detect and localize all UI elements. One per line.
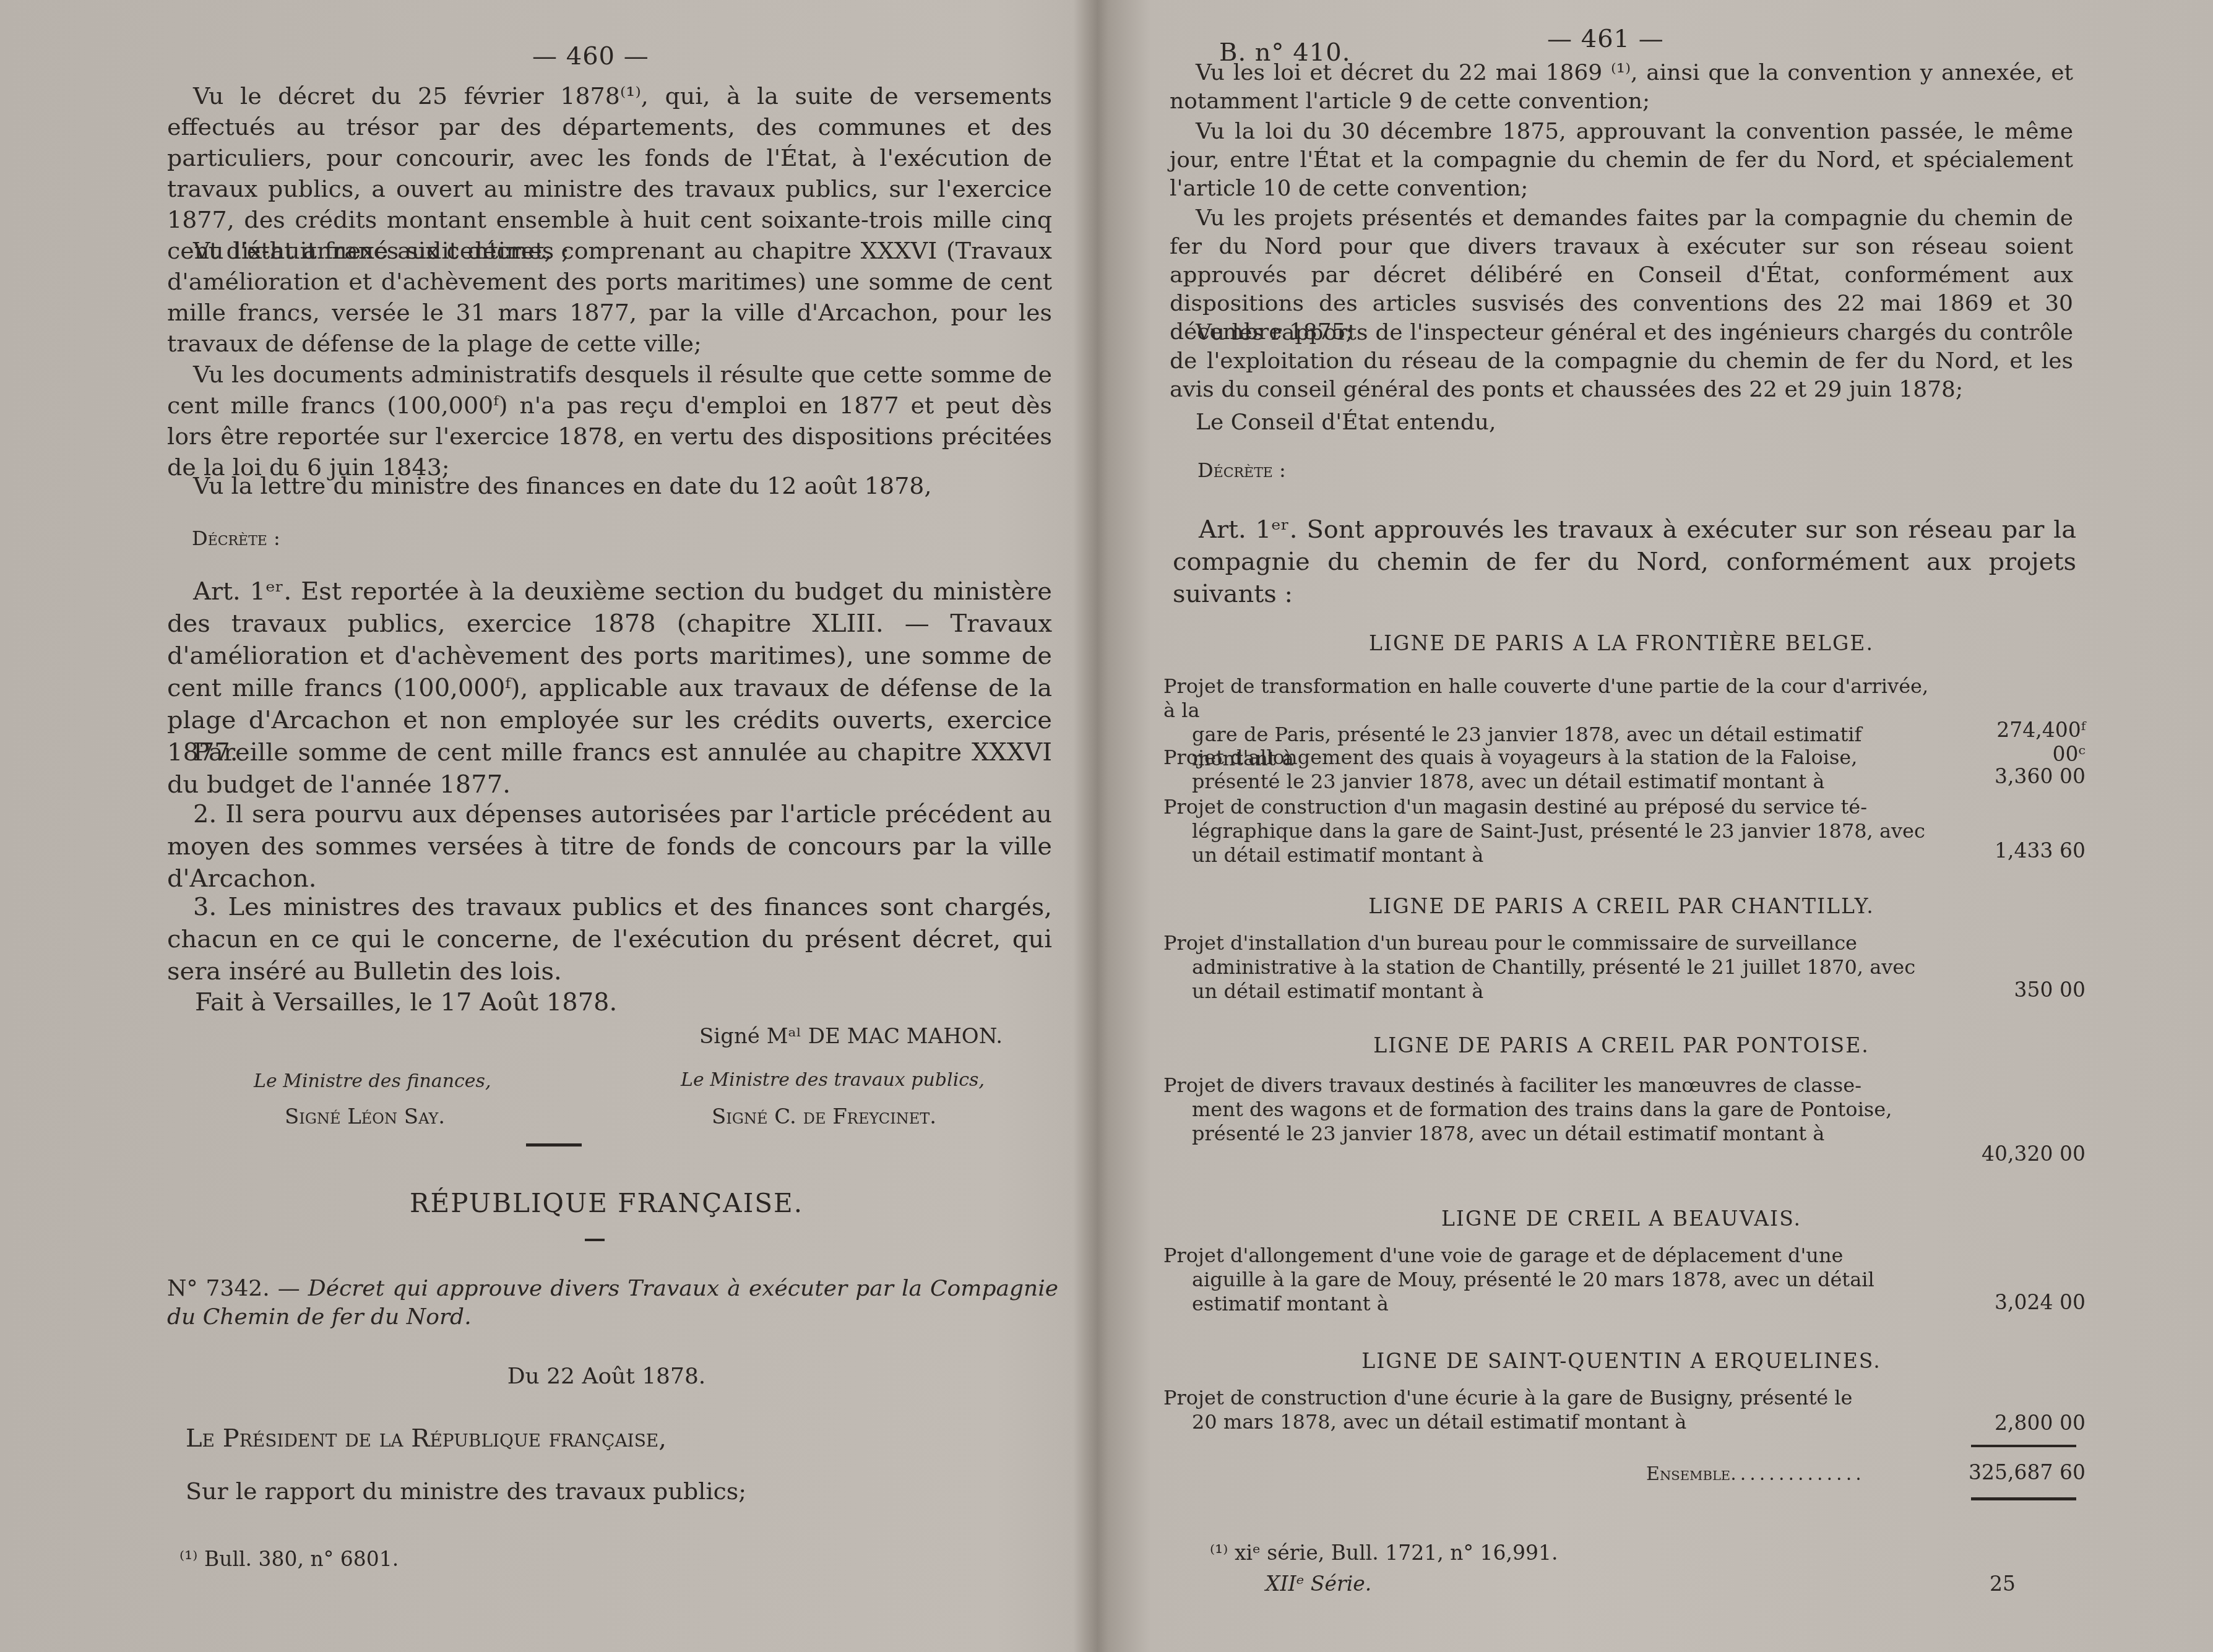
ligne-heading: LIGNE DE PARIS A CREIL PAR CHANTILLY. <box>1163 894 2079 918</box>
paragraph: Vu les loi et décret du 22 mai 1869 ⁽¹⁾,… <box>1170 59 2073 116</box>
ligne-heading: LIGNE DE CREIL A BEAUVAIS. <box>1163 1207 2079 1231</box>
ligne-heading: LIGNE DE PARIS A LA FRONTIÈRE BELGE. <box>1163 631 2079 655</box>
ensemble-amount: 325,687 60 <box>1962 1460 2086 1484</box>
paragraph: Vu la lettre du ministre des finances en… <box>167 470 1052 501</box>
minister-travaux-title: Le Ministre des travaux publics, <box>681 1069 985 1091</box>
minister-finances-title: Le Ministre des finances, <box>254 1070 491 1092</box>
article-3: 3. Les ministres des travaux publics et … <box>167 891 1052 987</box>
article-1-annulation: Pareille somme de cent mille francs est … <box>167 736 1052 801</box>
total-rule-bottom <box>1971 1497 2076 1500</box>
projet-amount: 1,433 60 <box>1962 838 2086 863</box>
paragraph: Le Conseil d'État entendu, <box>1170 408 2073 437</box>
signature-mark: 25 <box>1990 1572 2016 1596</box>
serie-mark: XIIᵉ Série. <box>1266 1572 1371 1596</box>
ensemble-label: Ensemble.............. <box>1646 1463 1865 1485</box>
footnote: ⁽¹⁾ xiᵉ série, Bull. 1721, n° 16,991. <box>1210 1541 1558 1565</box>
footnote: ⁽¹⁾ Bull. 380, n° 6801. <box>179 1547 399 1571</box>
minister-finances-signature: Signé Léon Say. <box>285 1104 445 1129</box>
republique-heading: RÉPUBLIQUE FRANÇAISE. <box>161 1188 1052 1219</box>
book-spread: — 460 — Vu le décret du 25 février 1878⁽… <box>0 0 2213 1652</box>
paragraph: Vu les rapports de l'inspecteur général … <box>1170 319 2073 404</box>
projet-amount: 2,800 00 <box>1962 1411 2086 1435</box>
projet-amount: 274,400ᶠ 00ᶜ <box>1962 718 2086 766</box>
left-page: — 460 — Vu le décret du 25 février 1878⁽… <box>161 0 1052 1652</box>
projet-item: Projet de construction d'une écurie à la… <box>1163 1386 1943 1434</box>
paragraph: Vu l'état annexé audit décret, comprenan… <box>167 235 1052 359</box>
sur-rapport-line: Sur le rapport du ministre des travaux p… <box>186 1476 866 1507</box>
projet-amount: 40,320 00 <box>1962 1142 2086 1166</box>
minister-travaux-signature: Signé C. de Freycinet. <box>712 1104 936 1129</box>
decrete-label: Décrète : <box>1197 455 1445 486</box>
projet-amount: 350 00 <box>1962 978 2086 1002</box>
total-rule-top <box>1971 1445 2076 1447</box>
decree-number: N° 7342. — <box>167 1276 300 1301</box>
president-line: Le Président de la République française, <box>186 1423 866 1454</box>
ligne-heading: LIGNE DE PARIS A CREIL PAR PONTOISE. <box>1163 1033 2079 1057</box>
projet-item: Projet d'allongement des quais à voyageu… <box>1163 746 1943 794</box>
paragraph: Vu les documents administratifs desquels… <box>167 359 1052 483</box>
separator-rule-small <box>585 1239 605 1241</box>
projet-item: Projet d'allongement d'une voie de garag… <box>1163 1244 1943 1316</box>
projet-item: Projet de divers travaux destinés à faci… <box>1163 1073 1943 1146</box>
decree-heading: N° 7342. — Décret qui approuve divers Tr… <box>167 1275 1058 1331</box>
page-number: — 461 — <box>1547 25 1664 53</box>
decree-date: Du 22 Août 1878. <box>161 1361 1052 1392</box>
article-1: Art. 1ᵉʳ. Sont approuvés les travaux à e… <box>1173 514 2076 610</box>
fait-a-versailles: Fait à Versailles, le 17 Août 1878. <box>195 987 752 1018</box>
projet-amount: 3,360 00 <box>1962 764 2086 788</box>
decree-title: Décret qui approuve divers Travaux à exé… <box>167 1276 1058 1330</box>
article-2: 2. Il sera pourvu aux dépenses autorisée… <box>167 798 1052 895</box>
right-page: B. n° 410. — 461 — Vu les loi et décret … <box>1163 0 2079 1652</box>
projet-item: Projet d'installation d'un bureau pour l… <box>1163 931 1943 1004</box>
page-number: — 460 — <box>532 42 649 71</box>
paragraph: Vu la loi du 30 décembre 1875, approuvan… <box>1170 118 2073 203</box>
signature-president: Signé Mᵃˡ DE MAC MAHON. <box>699 1024 1003 1049</box>
ligne-heading: LIGNE DE SAINT-QUENTIN A ERQUELINES. <box>1163 1349 2079 1373</box>
decrete-label: Décrète : <box>192 523 439 554</box>
separator-rule <box>526 1143 582 1147</box>
projet-amount: 3,024 00 <box>1962 1290 2086 1314</box>
projet-item: Projet de construction d'un magasin dest… <box>1163 795 1943 867</box>
